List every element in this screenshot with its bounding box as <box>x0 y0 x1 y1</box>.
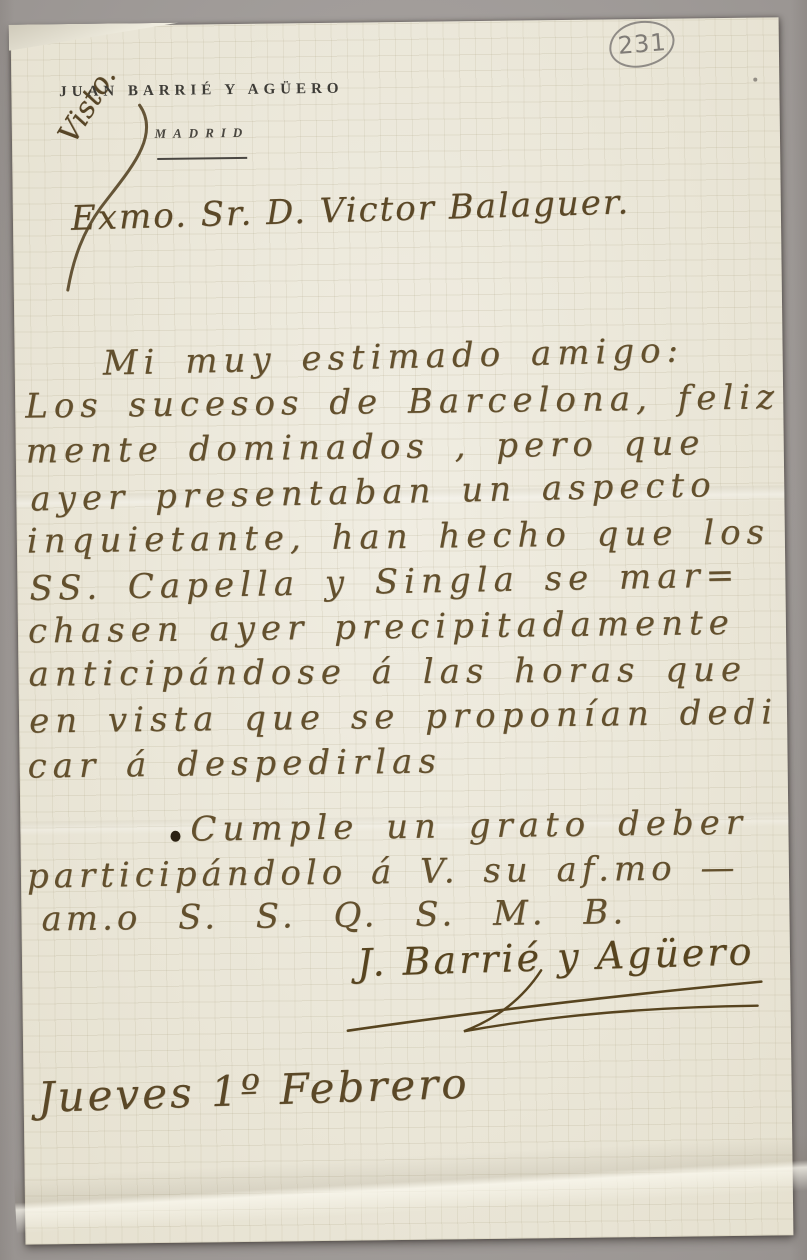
handwritten-line: Mi muy estimado amigo: <box>102 330 684 383</box>
closing-line: participándolo á V. su af.mo — <box>27 848 740 897</box>
closing-line: Cumple un grato deber <box>190 803 748 850</box>
signature-rubric <box>287 966 768 1052</box>
paper-speck <box>753 78 757 82</box>
handwritten-line: car á despedirlas <box>27 742 442 787</box>
letter-paper: 231 Visto. JUAN BARRIÉ Y AGÜERO MADRID E… <box>11 17 794 1244</box>
closing-line: am.o S. S. Q. S. M. B. <box>41 892 627 939</box>
scan-background: { "annotations": { "visto_note": "Visto.… <box>0 0 807 1260</box>
letterhead-name: JUAN BARRIÉ Y AGÜERO <box>51 81 351 102</box>
handwritten-line: SS. Capella y Singla se mar= <box>29 555 740 609</box>
ink-blot <box>170 831 180 842</box>
handwritten-line: en vista que se proponían dedi <box>29 692 778 741</box>
folio-number: 231 <box>616 28 667 60</box>
handwritten-line: mente dominados , pero que <box>26 423 706 471</box>
folio-number-badge: 231 <box>606 16 678 71</box>
handwritten-line: inquietante, han hecho que los <box>27 512 771 561</box>
corner-fold <box>9 23 179 51</box>
paper-crease <box>14 1134 807 1234</box>
date-line: Jueves 1º Febrero <box>37 1059 470 1122</box>
letterhead-rule <box>157 157 247 160</box>
handwritten-line: Los sucesos de Barcelona, feliz <box>25 377 780 426</box>
handwritten-line: anticipándose á las horas que <box>28 650 747 695</box>
letterhead-city: MADRID <box>52 124 352 144</box>
letterhead: JUAN BARRIÉ Y AGÜERO MADRID <box>51 81 352 162</box>
handwritten-line: chasen ayer precipitadamente <box>28 603 735 652</box>
handwritten-line: ayer presentaban un aspecto <box>30 465 717 519</box>
